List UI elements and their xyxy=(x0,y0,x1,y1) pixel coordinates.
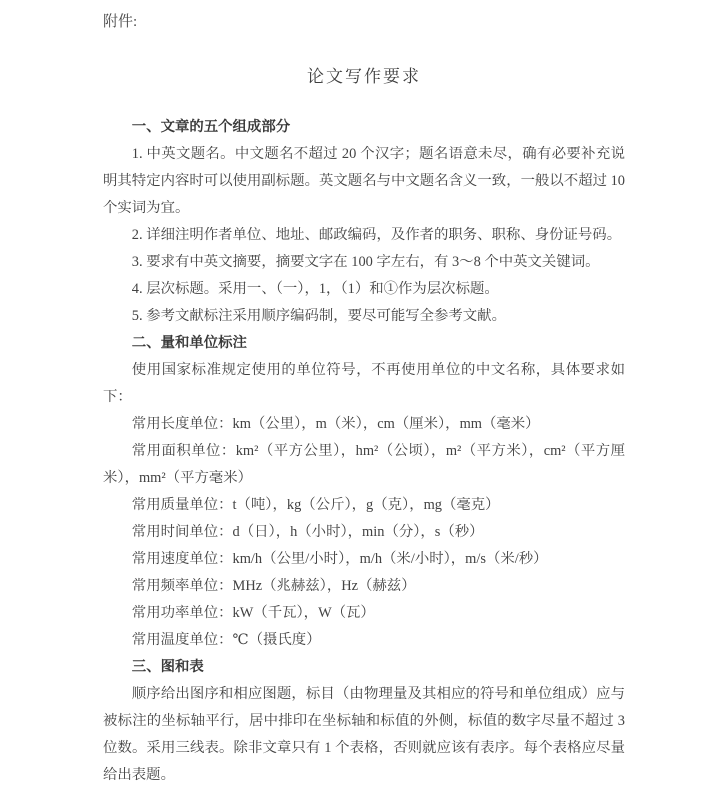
paragraph: 常用面积单位：km²（平方公里），hm²（公顷），m²（平方米），cm²（平方厘… xyxy=(103,438,625,492)
paragraph: 5. 参考文献标注采用顺序编码制，要尽可能写全参考文献。 xyxy=(103,303,625,330)
paragraph: 使用国家标准规定使用的单位符号，不再使用单位的中文名称，具体要求如下： xyxy=(103,357,625,411)
paragraph: 1. 中英文题名。中文题名不超过 20 个汉字；题名语意未尽，确有必要补充说明其… xyxy=(103,141,625,222)
document-title: 论文写作要求 xyxy=(103,66,625,88)
paragraph: 常用功率单位：kW（千瓦），W（瓦） xyxy=(103,600,625,627)
attachment-label: 附件: xyxy=(103,12,625,32)
section-heading-1: 一、文章的五个组成部分 xyxy=(103,114,625,141)
document-page: 附件: 论文写作要求 一、文章的五个组成部分 1. 中英文题名。中文题名不超过 … xyxy=(0,0,724,788)
paragraph: 常用速度单位：km/h（公里/小时），m/h（米/小时），m/s（米/秒） xyxy=(103,546,625,573)
paragraph: 3. 要求有中英文摘要，摘要文字在 100 字左右，有 3～8 个中英文关键词。 xyxy=(103,249,625,276)
paragraph: 常用频率单位：MHz（兆赫兹），Hz（赫兹） xyxy=(103,573,625,600)
paragraph: 4. 层次标题。采用一、（一），1，（1）和①作为层次标题。 xyxy=(103,276,625,303)
paragraph: 常用长度单位：km（公里），m（米），cm（厘米），mm（毫米） xyxy=(103,411,625,438)
paragraph: 2. 详细注明作者单位、地址、邮政编码，及作者的职务、职称、身份证号码。 xyxy=(103,222,625,249)
paragraph: 常用质量单位：t（吨），kg（公斤），g（克），mg（毫克） xyxy=(103,492,625,519)
paragraph: 常用时间单位：d（日），h（小时），min（分），s（秒） xyxy=(103,519,625,546)
section-heading-2: 二、量和单位标注 xyxy=(103,330,625,357)
document-content: 附件: 论文写作要求 一、文章的五个组成部分 1. 中英文题名。中文题名不超过 … xyxy=(0,0,724,788)
paragraph: 常用温度单位：℃（摄氏度） xyxy=(103,627,625,654)
section-heading-3: 三、图和表 xyxy=(103,654,625,681)
document-body: 一、文章的五个组成部分 1. 中英文题名。中文题名不超过 20 个汉字；题名语意… xyxy=(103,114,625,788)
paragraph: 顺序给出图序和相应图题，标目（由物理量及其相应的符号和单位组成）应与被标注的坐标… xyxy=(103,681,625,788)
